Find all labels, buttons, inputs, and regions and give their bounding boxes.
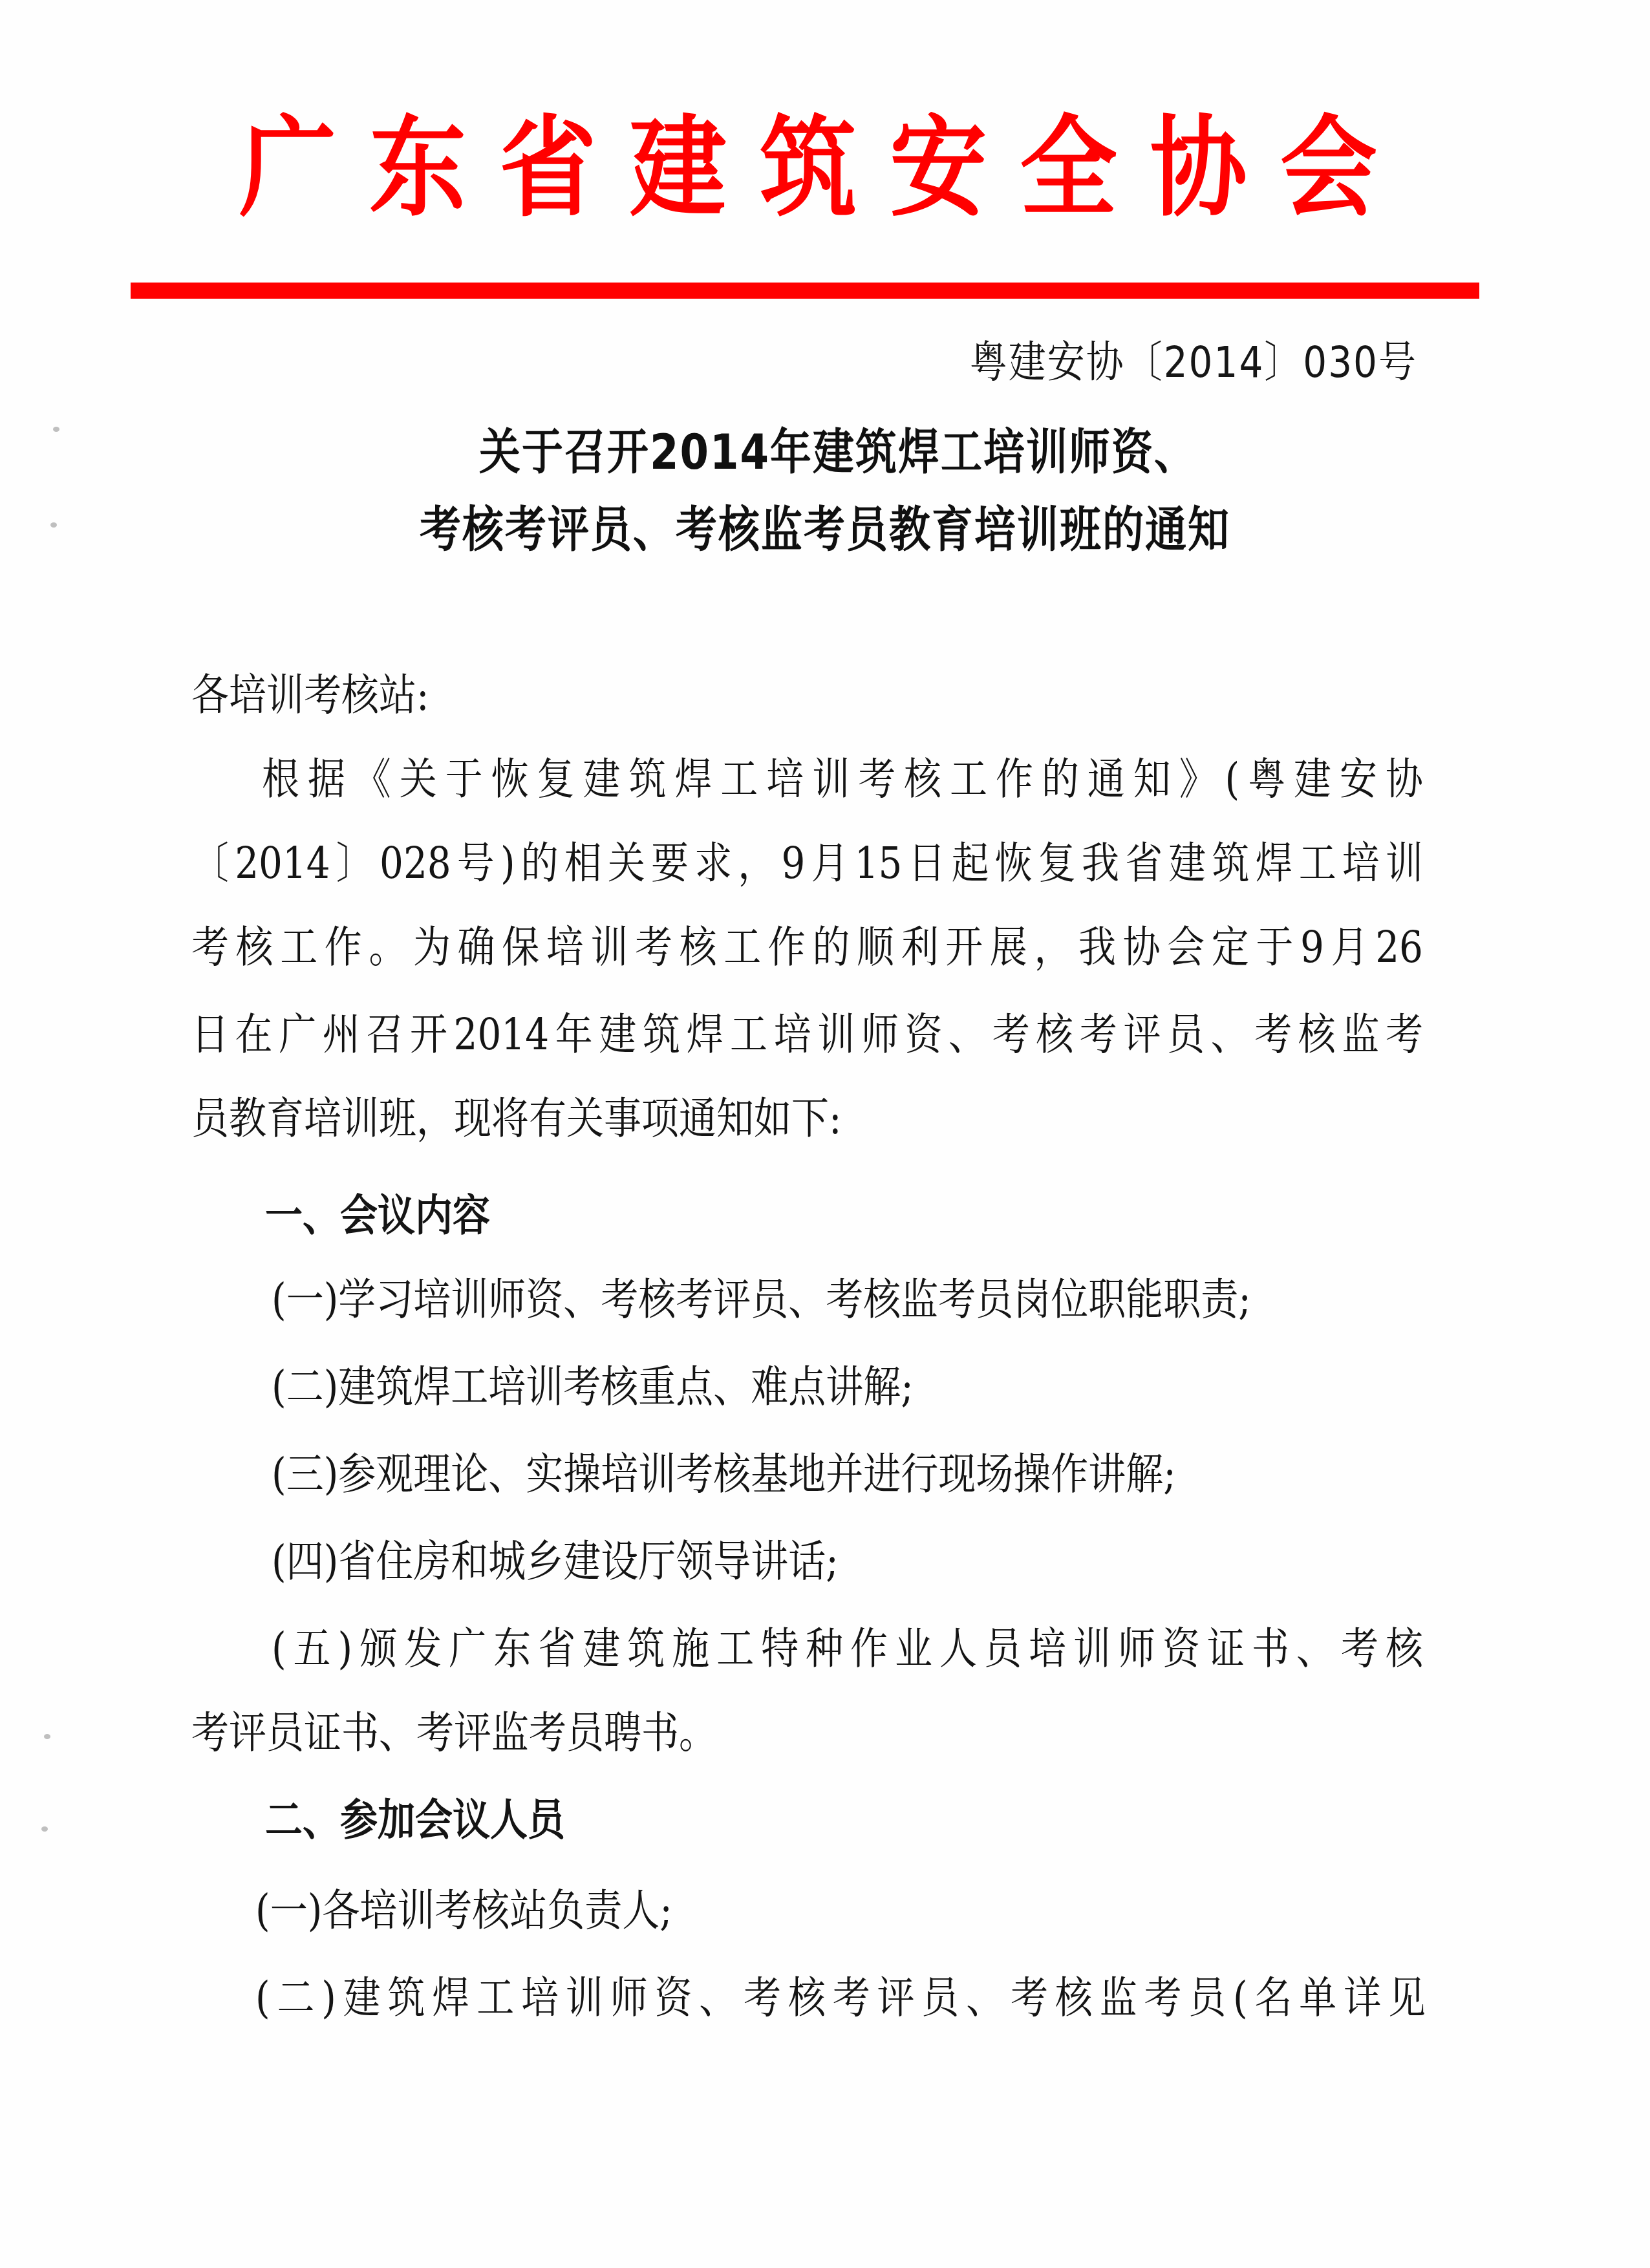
section-heading-attendees: 二、参加会议人员 — [265, 1790, 565, 1850]
meeting-content-item: (一)学习培训师资、考核考评员、考核监考员岗位职能职责; — [272, 1270, 1251, 1329]
letterhead-char: 东 — [369, 96, 466, 241]
document-title-line-2: 考核考评员、考核监考员教育培训班的通知 — [0, 496, 1650, 564]
letterhead-char: 建 — [630, 96, 727, 241]
intro-paragraph-line: 员教育培训班，现将有关事项通知如下: — [191, 1089, 842, 1148]
scan-artifact — [50, 522, 57, 528]
meeting-content-item: (五)颁发广东省建筑施工特种作业人员培训师资证书、考核 — [272, 1619, 1423, 1678]
meeting-content-item-continued: 考评员证书、考评监考员聘书。 — [191, 1703, 716, 1762]
letterhead-organization-name: 广 东 省 建 筑 安 全 协 会 — [239, 103, 1377, 233]
document-page: 广 东 省 建 筑 安 全 协 会 粤建安协〔2014〕030号 关于召开201… — [0, 0, 1650, 2268]
letterhead-char: 协 — [1150, 96, 1247, 241]
letterhead-char: 全 — [1020, 96, 1117, 241]
intro-paragraph-line: 根据《关于恢复建筑焊工培训考核工作的通知》(粤建安协 — [262, 749, 1423, 809]
meeting-content-item: (四)省住房和城乡建设厅领导讲话; — [272, 1532, 839, 1591]
intro-paragraph-line: 日在广州召开2014年建筑焊工培训师资、考核考评员、考核监考 — [191, 1005, 1423, 1064]
scan-artifact — [44, 1734, 50, 1739]
scan-artifact — [53, 427, 59, 432]
meeting-content-item: (三)参观理论、实操培训考核基地并进行现场操作讲解; — [272, 1444, 1176, 1504]
letterhead-red-divider — [131, 283, 1479, 299]
intro-paragraph-line: 〔2014〕028号)的相关要求，9月15日起恢复我省建筑焊工培训 — [191, 833, 1423, 893]
document-number: 粤建安协〔2014〕030号 — [970, 332, 1417, 392]
section-heading-meeting-content: 一、会议内容 — [265, 1186, 490, 1245]
attendee-item: (二)建筑焊工培训师资、考核考评员、考核监考员(名单详见 — [255, 1968, 1426, 2027]
letterhead-char: 广 — [239, 96, 336, 241]
letterhead-char: 安 — [890, 96, 987, 241]
intro-paragraph-line: 考核工作。为确保培训考核工作的顺利开展，我协会定于9月26 — [191, 917, 1423, 977]
meeting-content-item: (二)建筑焊工培训考核重点、难点讲解; — [272, 1357, 914, 1417]
letterhead-char: 省 — [499, 96, 596, 241]
document-title-line-1: 关于召开2014年建筑焊工培训师资、 — [0, 418, 1650, 487]
attendee-item: (一)各培训考核站负责人; — [255, 1881, 672, 1940]
letterhead-char: 筑 — [760, 96, 857, 241]
scan-artifact — [41, 1826, 48, 1832]
salutation: 各培训考核站: — [191, 665, 429, 725]
letterhead-char: 会 — [1280, 96, 1377, 241]
